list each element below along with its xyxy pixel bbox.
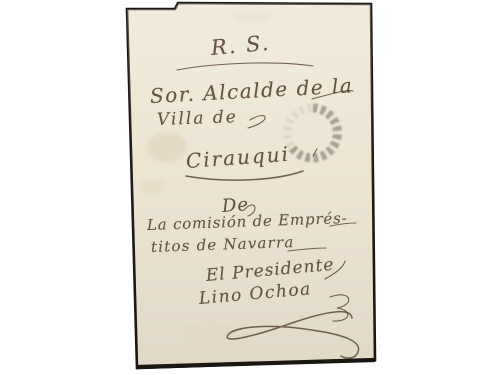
address-line-villa: Villa de (157, 107, 238, 130)
photo-background: R. S. Sor. Alcalde de la Villa de Cirauq… (0, 0, 500, 375)
